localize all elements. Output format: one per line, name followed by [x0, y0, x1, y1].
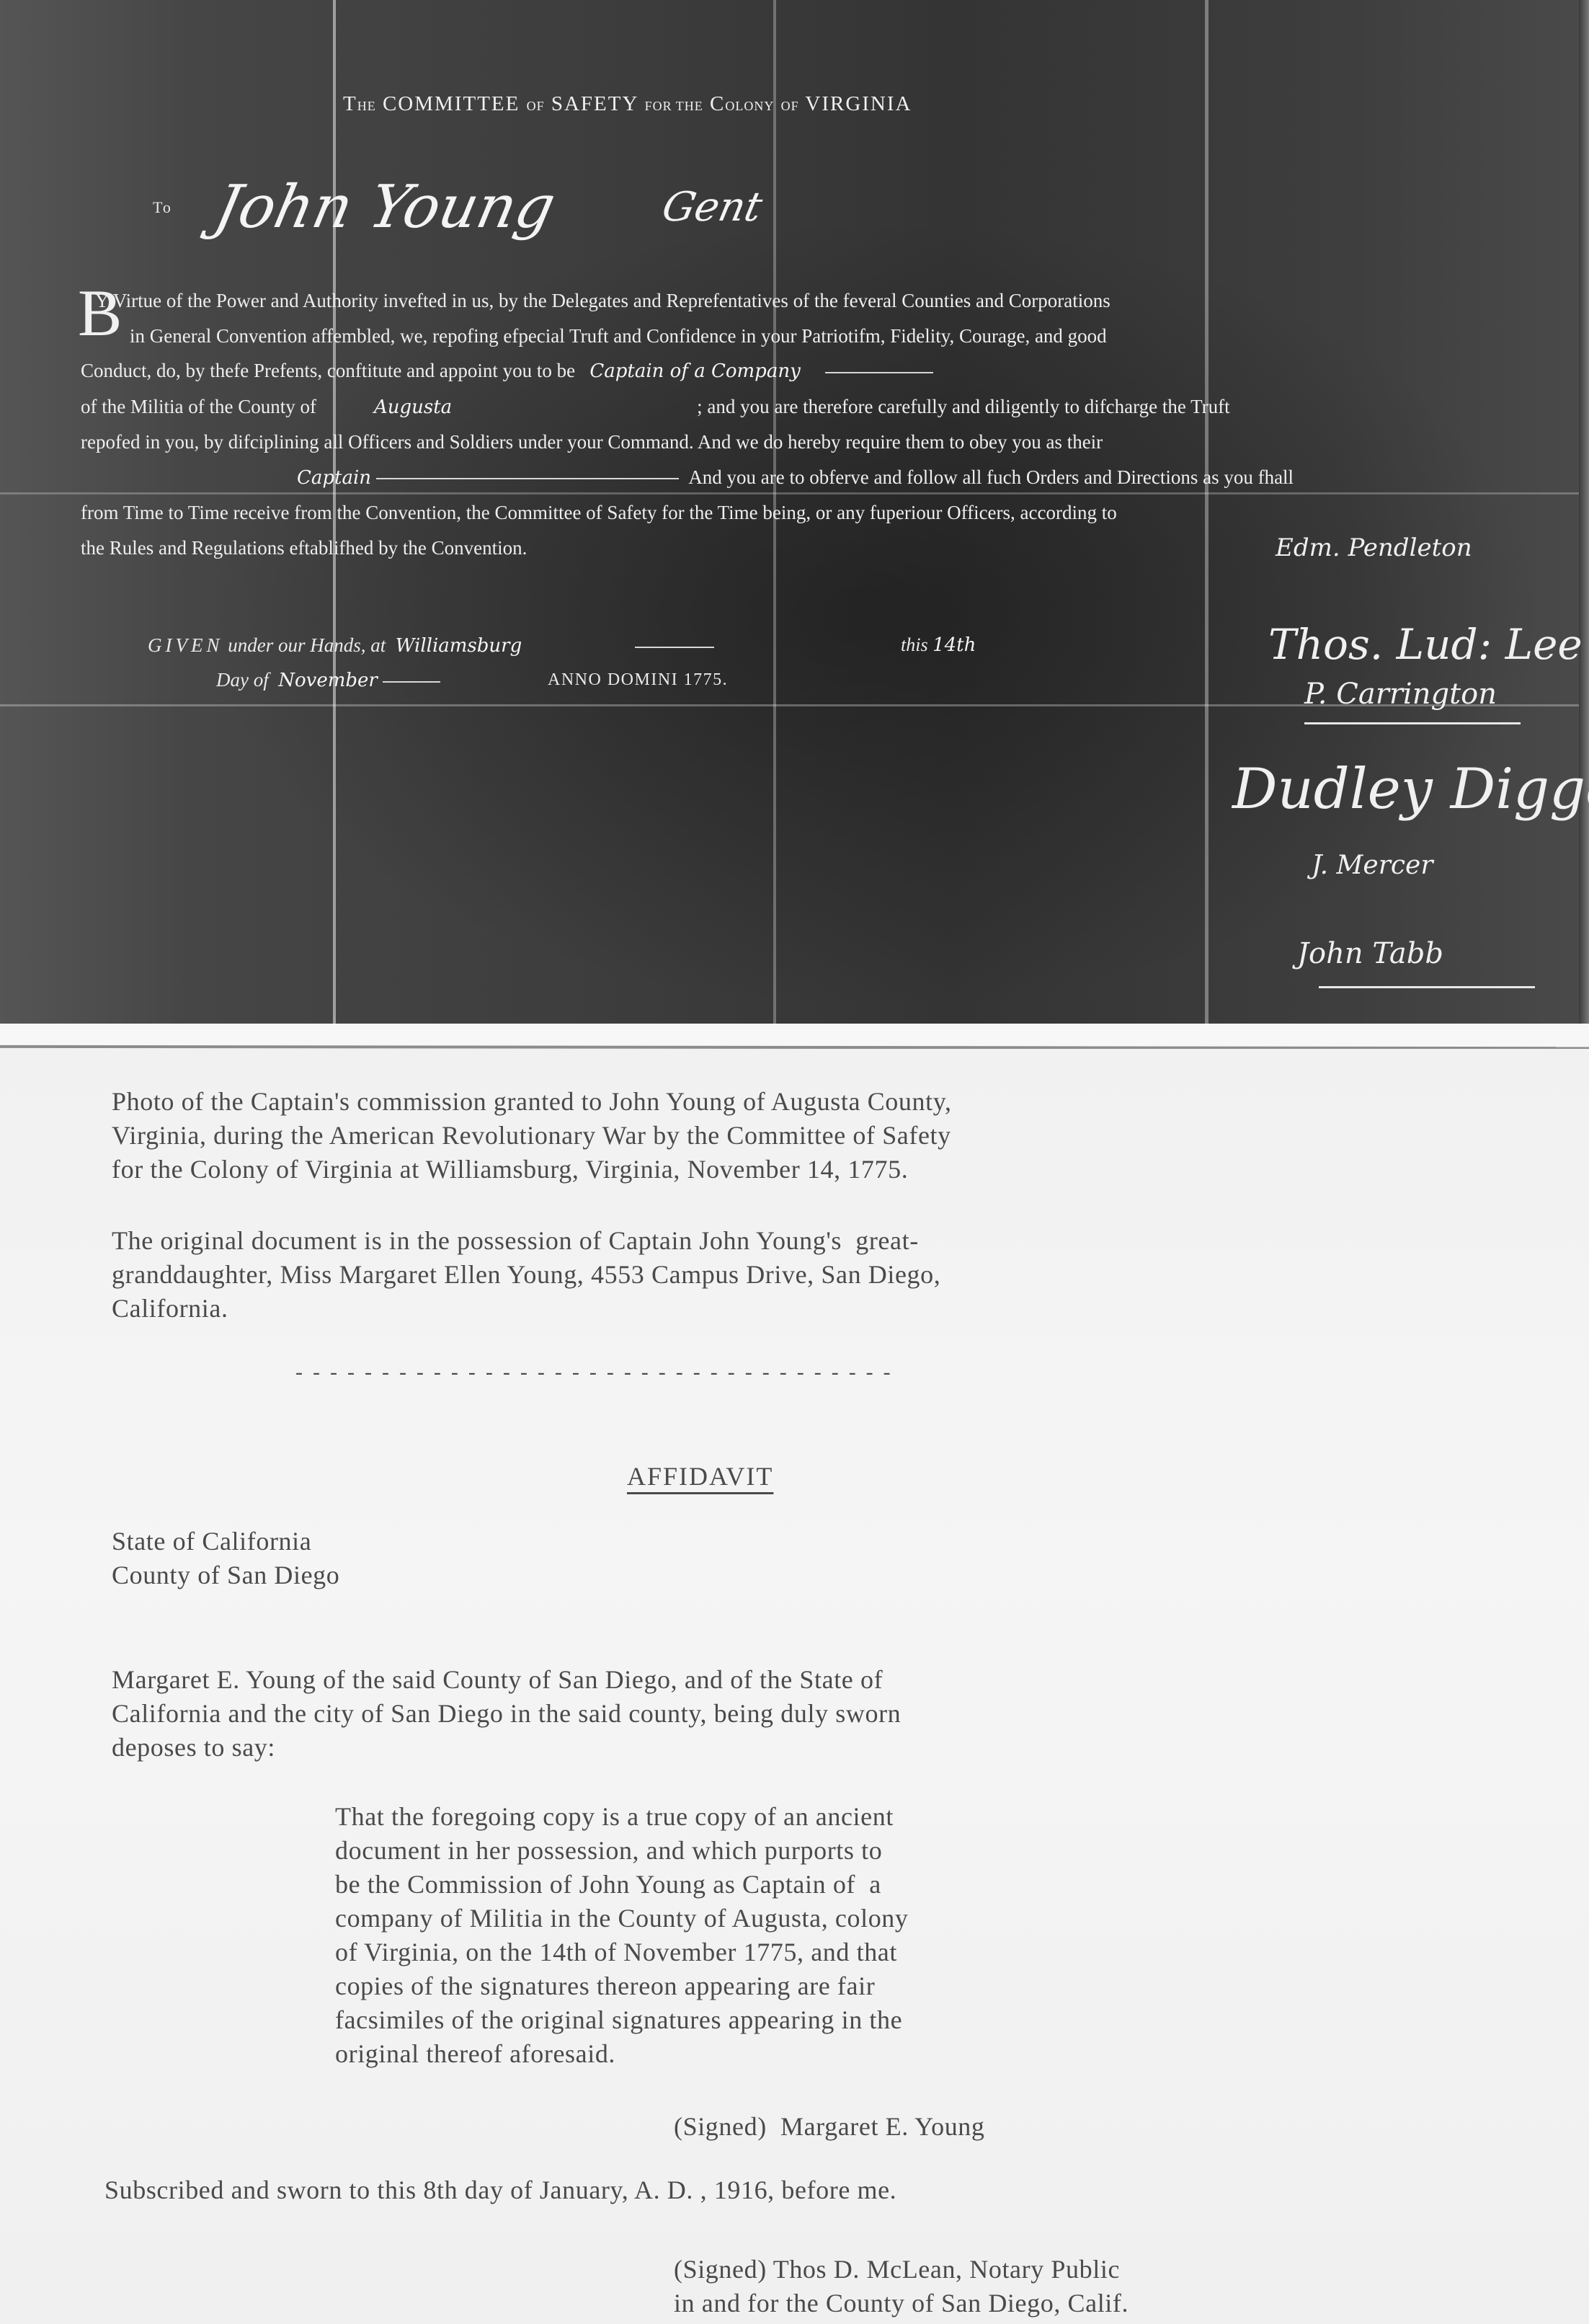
body-line: in General Convention affembled, we, rep…	[81, 319, 1493, 354]
anno-domini: ANNO DOMINI 1775.	[548, 670, 728, 690]
deponent-intro: Margaret E. Young of the said County of …	[112, 1663, 901, 1765]
deponent-signature: (Signed) Margaret E. Young	[674, 2110, 985, 2144]
notary-signature: (Signed) Thos D. McLean, Notary Public i…	[674, 2253, 1129, 2320]
caption-paragraph-2: The original document is in the possessi…	[112, 1224, 940, 1326]
signature-lee: Thos. Lud: Lee	[1268, 620, 1583, 669]
filled-rank: Captain of a Company	[589, 360, 800, 382]
body-line: Conduct, do, by thefe Prefents, conftitu…	[81, 353, 1493, 389]
affidavit-statement: That the foregoing copy is a true copy o…	[335, 1800, 909, 2071]
body-line: of the Militia of the County ofAugusta; …	[81, 389, 1493, 425]
this-day: this 14th	[901, 634, 976, 656]
body-line: repofed in you, by difciplining all Offi…	[81, 425, 1493, 460]
photo-border	[0, 1024, 1589, 1047]
jurat: Subscribed and sworn to this 8th day of …	[104, 2173, 896, 2207]
signature-underline	[1304, 722, 1521, 724]
day-of-line: Day of November	[216, 669, 440, 691]
signature-tabb: John Tabb	[1297, 937, 1443, 970]
given-line: GIVEN under our Hands, at Williamsburg	[148, 634, 714, 657]
commission-heading: THE COMMITTEE OF SAFETY FOR THE COLONY O…	[343, 92, 912, 116]
body-line: from Time to Time receive from the Conve…	[81, 495, 1493, 531]
body-line: Captain And you are to obferve and follo…	[81, 460, 1493, 496]
signature-digges: Dudley Digges	[1232, 757, 1589, 822]
affidavit-venue: State of California County of San Diego	[112, 1525, 339, 1592]
day-month: November	[278, 670, 378, 691]
photo-edge	[1579, 0, 1589, 1024]
filled-title: Captain	[297, 467, 371, 489]
affidavit-title: AFFIDAVIT	[627, 1460, 773, 1494]
body-line: Y Virtue of the Power and Authority inve…	[81, 283, 1493, 319]
given-place: Williamsburg	[396, 635, 522, 657]
recipient-name: John Young	[209, 173, 561, 241]
caption-paragraph-1: Photo of the Captain's commission grante…	[112, 1085, 952, 1187]
signature-underline	[1319, 986, 1535, 988]
commission-photo: THE COMMITTEE OF SAFETY FOR THE COLONY O…	[0, 0, 1589, 1024]
separator-line: -----------------------------------	[295, 1355, 901, 1389]
signature-pendleton: Edm. Pendleton	[1276, 533, 1472, 562]
filled-county: Augusta	[374, 396, 452, 418]
recipient-title: Gent	[658, 184, 766, 231]
to-label: To	[153, 198, 172, 217]
signature-carrington: P. Carrington	[1304, 678, 1497, 711]
commission-body: Y Virtue of the Power and Authority inve…	[81, 283, 1493, 565]
signature-mercer: J. Mercer	[1312, 851, 1433, 880]
